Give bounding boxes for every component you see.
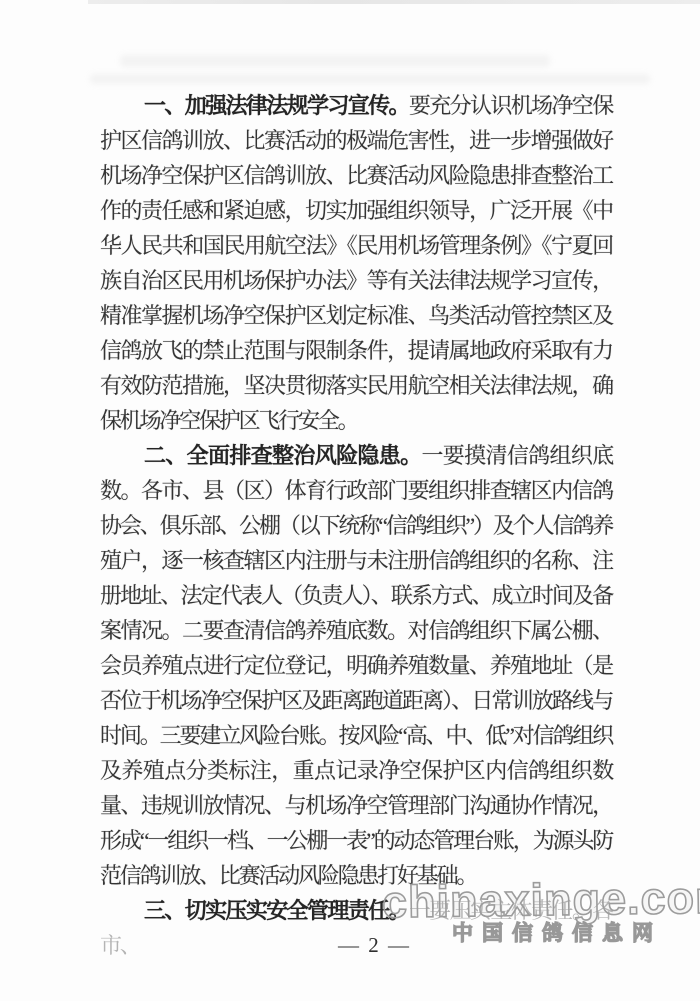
paragraph: 一、加强法律法规学习宣传。要充分认识机场净空保护区信鸽训放、比赛活动的极端危害性… bbox=[100, 88, 612, 438]
scan-edge-artifact bbox=[88, 0, 700, 4]
scanned-document-page: 一、加强法律法规学习宣传。要充分认识机场净空保护区信鸽训放、比赛活动的极端危害性… bbox=[0, 0, 700, 1001]
bleed-through-smudge bbox=[90, 74, 650, 84]
section-heading: 一、加强法律法规学习宣传。 bbox=[144, 93, 409, 118]
paragraph: 二、全面排查整治风险隐患。一要摸清信鸽组织底数。各市、县（区）体育行政部门要组织… bbox=[100, 438, 612, 893]
watermark-site-name: 中国信鸽信息网 bbox=[452, 917, 662, 947]
body-text: 一要摸清信鸽组织底数。各市、县（区）体育行政部门要组织排查辖区内信鸽协会、俱乐部… bbox=[100, 443, 612, 888]
page-number: — 2 — bbox=[338, 933, 411, 958]
document-body: 一、加强法律法规学习宣传。要充分认识机场净空保护区信鸽训放、比赛活动的极端危害性… bbox=[100, 88, 612, 963]
bleed-through-smudge bbox=[120, 55, 550, 67]
body-text: 要充分认识机场净空保护区信鸽训放、比赛活动的极端危害性，进一步增强做好机场净空保… bbox=[100, 93, 612, 433]
section-heading: 二、全面排查整治风险隐患。 bbox=[144, 443, 421, 468]
section-heading: 三、切实压实安全管理责任。 bbox=[144, 898, 409, 923]
